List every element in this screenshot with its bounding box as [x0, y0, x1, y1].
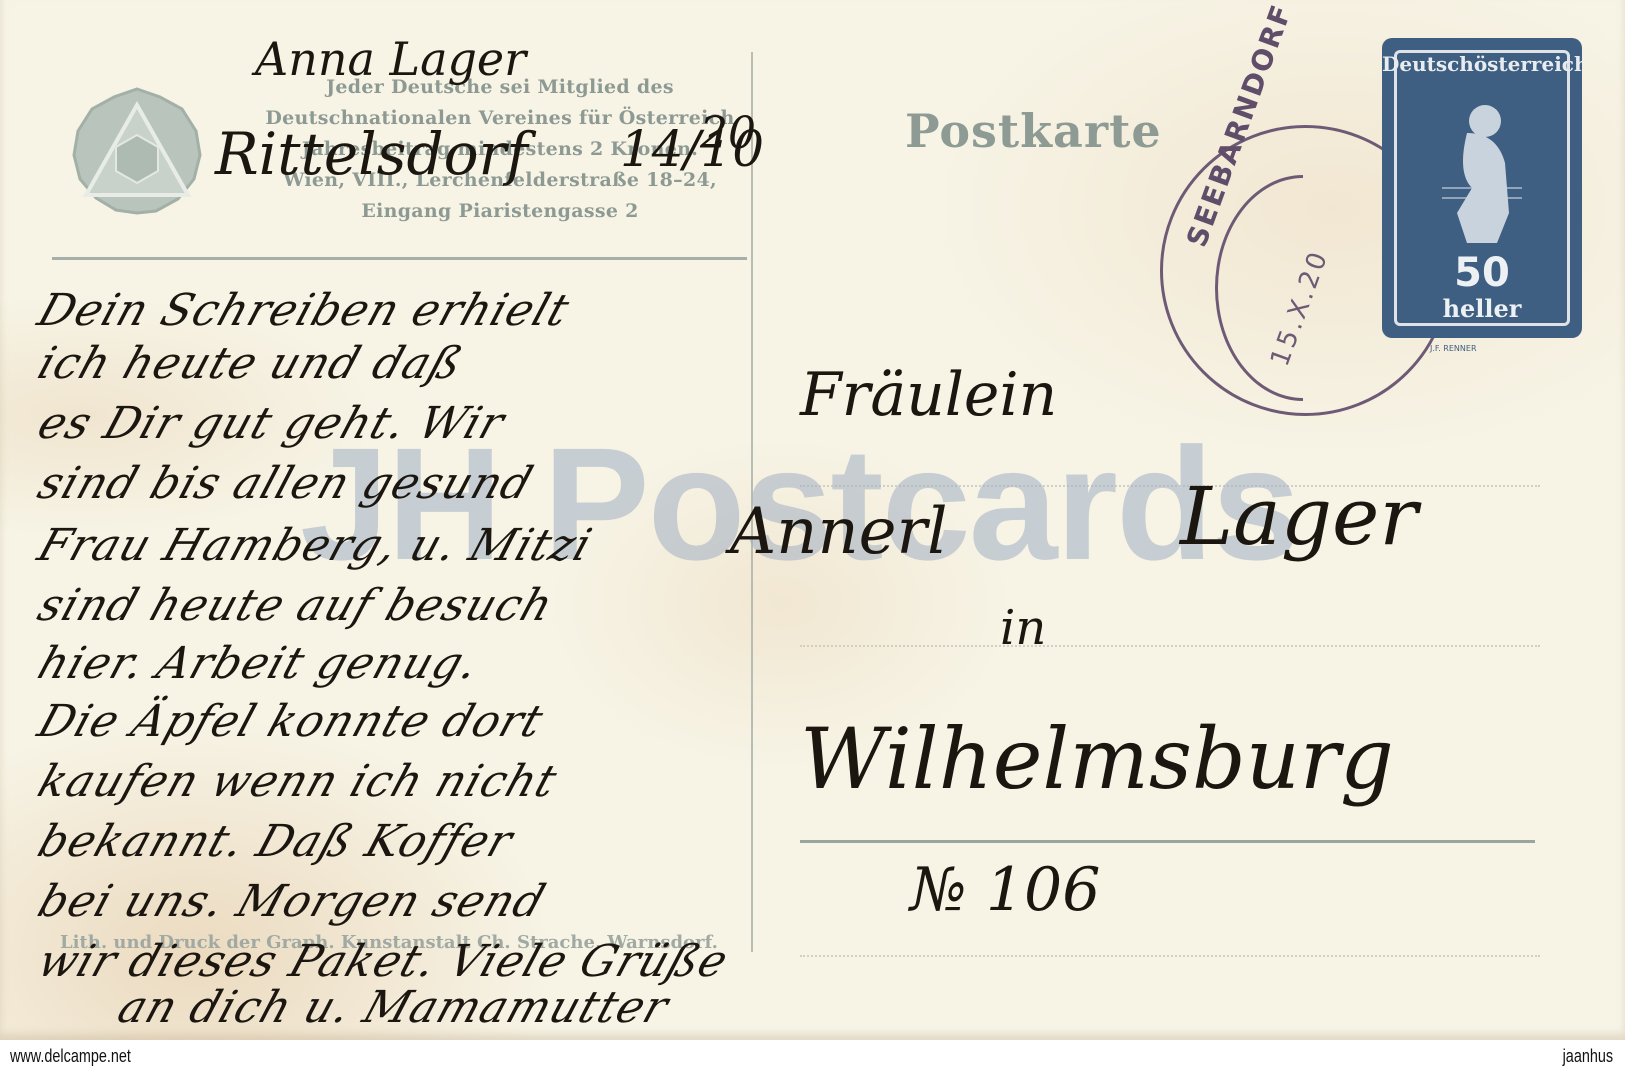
header-divider: [52, 257, 747, 260]
kneeling-figure-icon: [1427, 93, 1537, 253]
message-line: sind bis allen gesund: [32, 458, 540, 509]
message-line: kaufen wenn ich nicht: [32, 756, 564, 807]
recipient-first-name: Annerl: [730, 495, 948, 569]
sender-year: 20: [700, 108, 756, 159]
message-line: wir dieses Paket. Viele Grüße: [32, 936, 735, 987]
message-line: ich heute und daß: [32, 338, 470, 389]
message-line: sind heute auf besuch: [32, 580, 560, 631]
message-line: bei uns. Morgen send: [32, 876, 552, 927]
association-seal-icon: [70, 85, 205, 215]
footer-source-link[interactable]: www.delcampe.net: [10, 1046, 131, 1067]
address-line: [800, 645, 1540, 647]
stamp-value: 50: [1382, 250, 1582, 296]
message-line: bekannt. Daß Koffer: [32, 816, 520, 867]
postkarte-title: Postkarte: [905, 104, 1162, 158]
image-footer: www.delcampe.net jaanhus: [0, 1040, 1625, 1071]
address-line: [800, 955, 1540, 957]
postcard: Jeder Deutsche sei Mitglied des Deutschn…: [0, 0, 1625, 1040]
recipient-salutation: Fräulein: [800, 360, 1057, 430]
sender-place: Rittelsdorf: [215, 120, 528, 188]
recipient-last-name: Lager: [1180, 470, 1418, 563]
sender-name: Anna Lager: [255, 32, 526, 86]
message-line: Dein Schreiben erhielt: [32, 285, 576, 336]
message-line: hier. Arbeit genug.: [32, 638, 486, 689]
message-line: Die Äpfel konnte dort: [32, 696, 550, 747]
recipient-house-number: № 106: [910, 855, 1100, 925]
message-line: es Dir gut geht. Wir: [32, 398, 511, 449]
stamp-unit: heller: [1382, 294, 1582, 323]
footer-seller: jaanhus: [1563, 1046, 1613, 1067]
message-line: an dich u. Mamamutter: [112, 982, 675, 1033]
message-line: Frau Hamberg, u. Mitzi: [32, 520, 599, 571]
recipient-town: Wilhelmsburg: [800, 710, 1394, 808]
publisher-line: Eingang Piaristengasse 2: [250, 196, 750, 227]
recipient-preposition: in: [1000, 600, 1046, 656]
stamp-designer: J.F. RENNER: [1430, 344, 1477, 353]
address-line-solid: [800, 840, 1535, 843]
postage-stamp: Deutschösterreich 50 heller: [1382, 38, 1582, 338]
stamp-country: Deutschösterreich: [1382, 52, 1582, 76]
